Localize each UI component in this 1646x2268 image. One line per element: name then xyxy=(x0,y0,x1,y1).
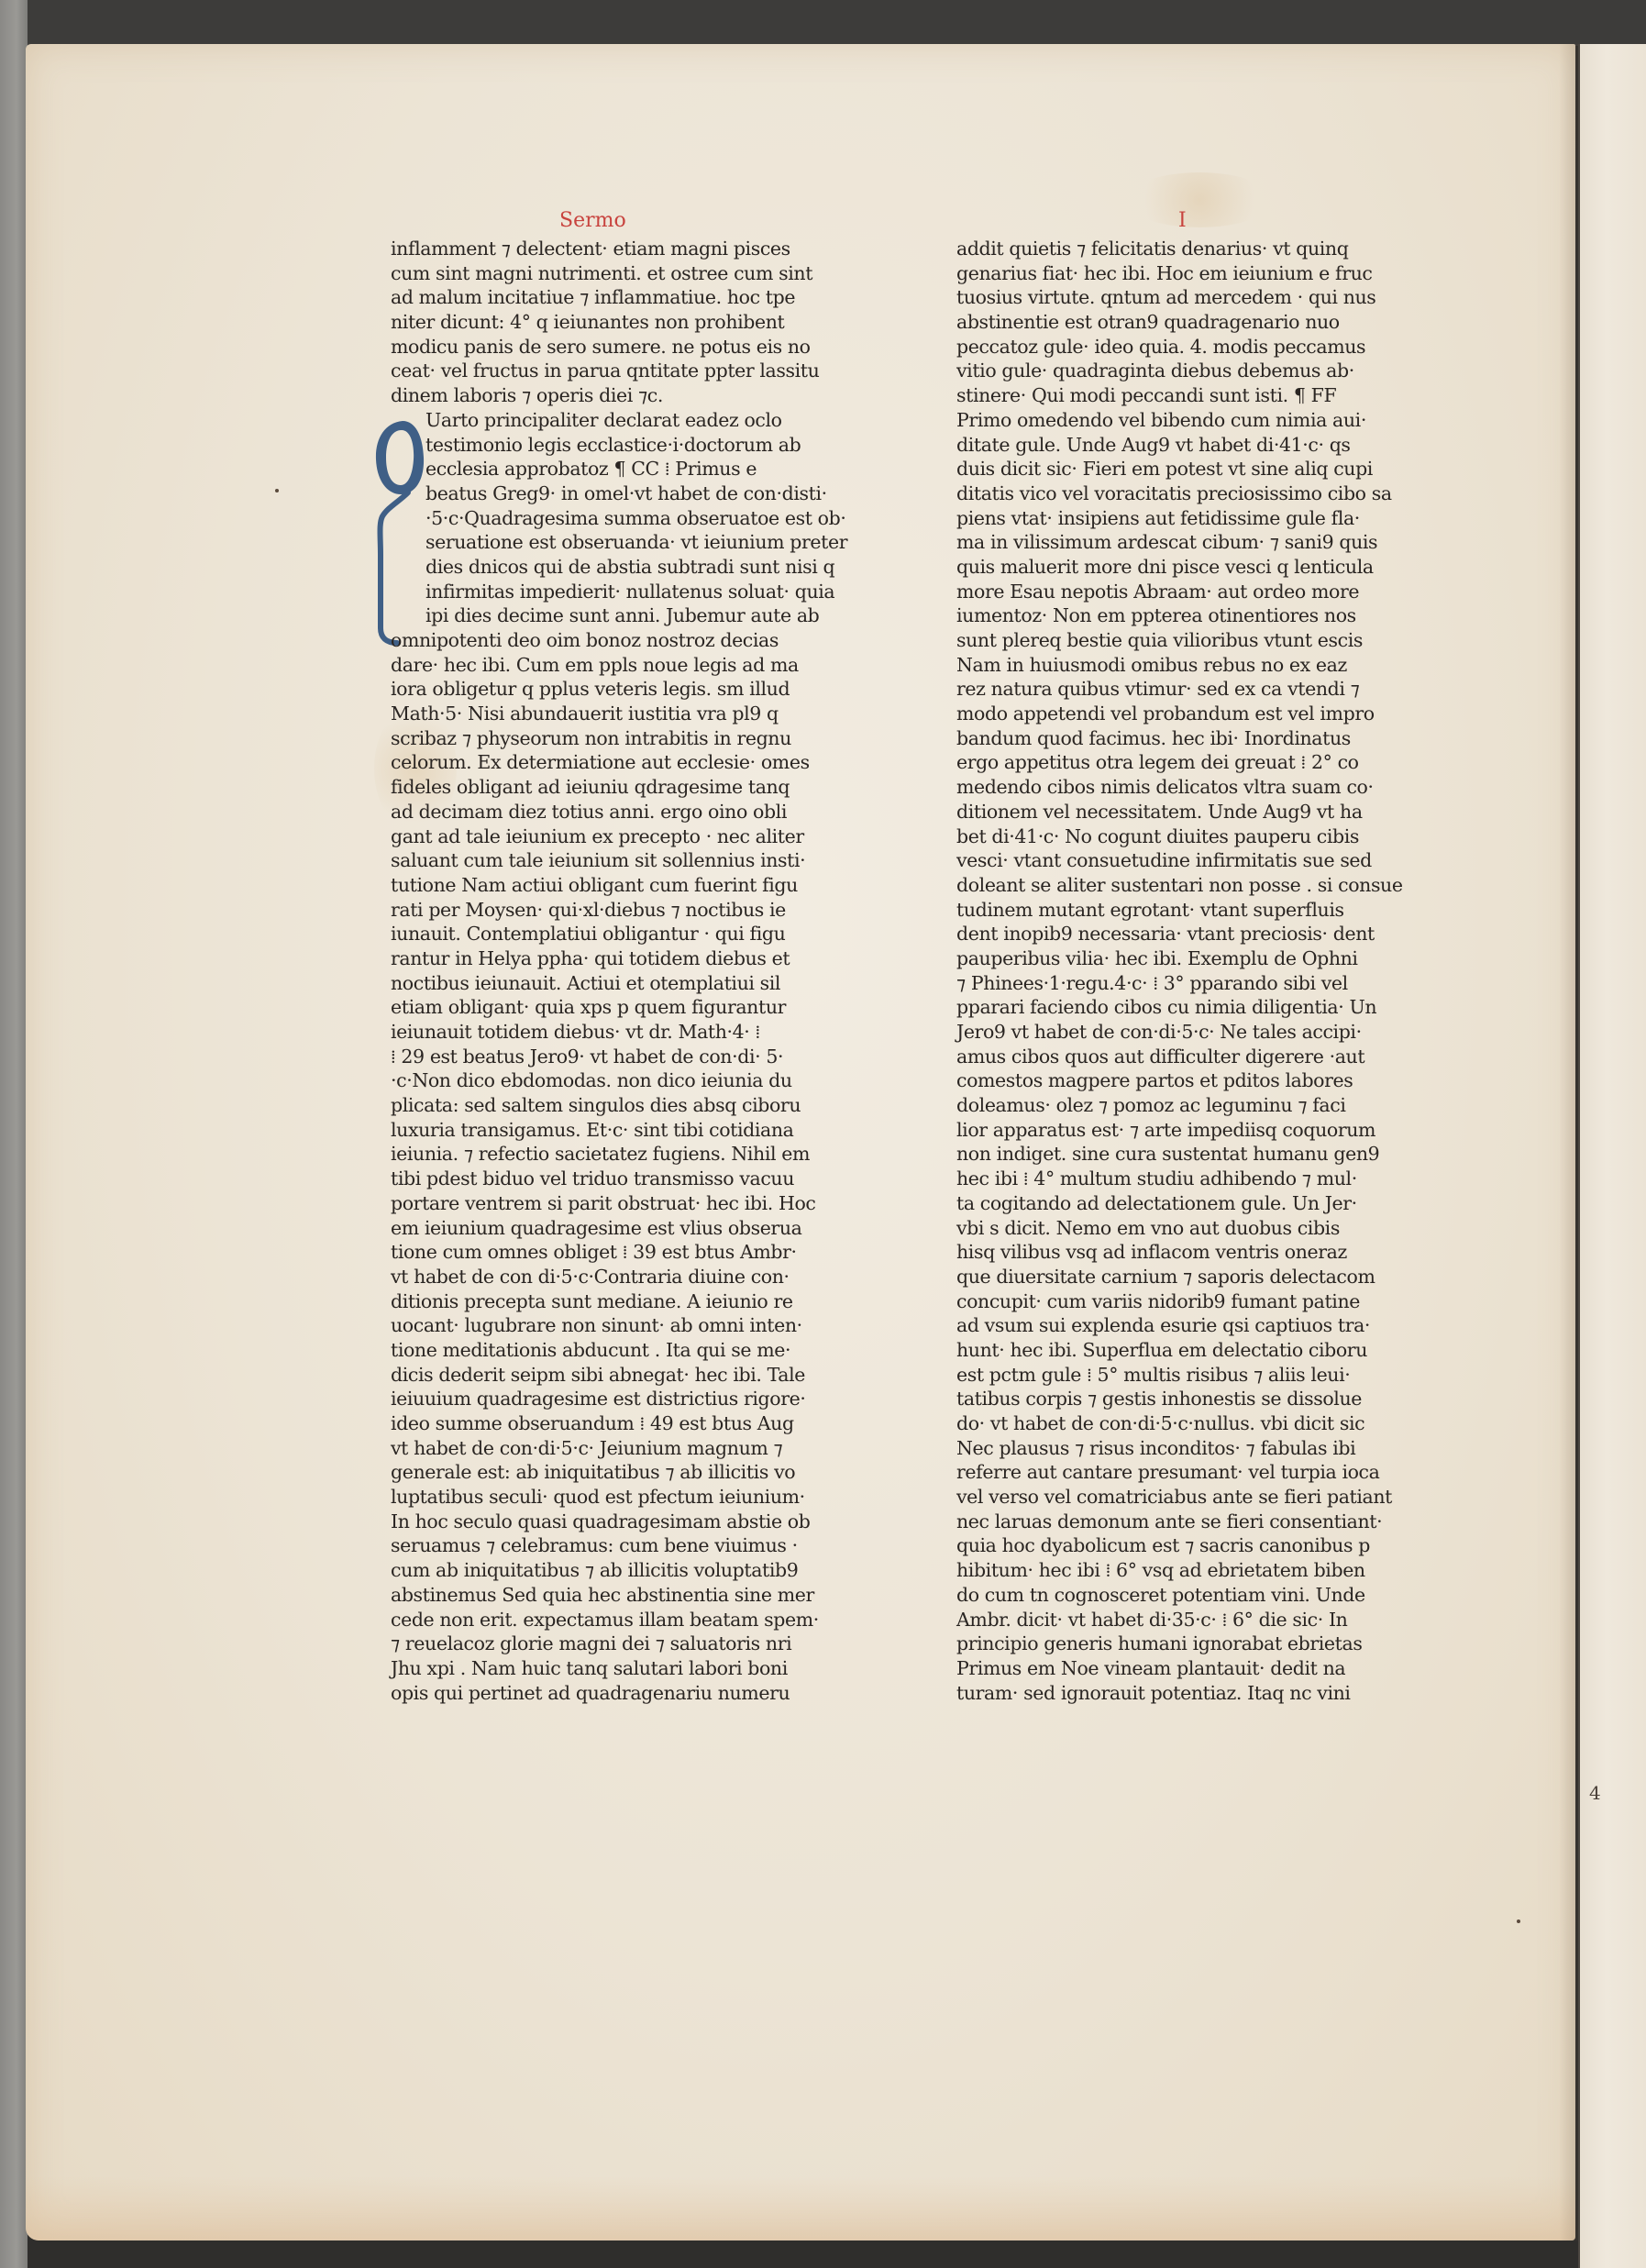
text-line: inflamment ⁊ delectent· etiam magni pisc… xyxy=(391,237,842,261)
text-line: lior apparatus est· ⁊ arte impediisq coq… xyxy=(956,1118,1398,1143)
text-line: ditionis precepta sunt mediane. A ieiuni… xyxy=(391,1289,842,1314)
text-line: ta cogitando ad delectationem gule. Un J… xyxy=(956,1191,1398,1216)
text-line: opis qui pertinet ad quadragenariu numer… xyxy=(391,1681,842,1706)
text-line: cede non erit. expectamus illam beatam s… xyxy=(391,1608,842,1632)
text-line: concupit· cum variis nidorib9 fumant pat… xyxy=(956,1289,1398,1314)
text-line: modo appetendi vel probandum est vel imp… xyxy=(956,702,1398,726)
text-line: stinere· Qui modi peccandi sunt isti. ¶ … xyxy=(956,383,1398,408)
text-line: do cum tn cognosceret potentiam vini. Un… xyxy=(956,1583,1398,1608)
text-line: nec laruas demonum ante se fieri consent… xyxy=(956,1510,1398,1534)
text-line: hec ibi ⁞ 4° multum studiu adhibendo ⁊ m… xyxy=(956,1167,1398,1191)
text-line: est pctm gule ⁞ 5° multis risibus ⁊ alii… xyxy=(956,1363,1398,1388)
text-line: vt habet de con di·5·c·Contraria diuine … xyxy=(391,1265,842,1289)
text-line: abstinemus Sed quia hec abstinentia sine… xyxy=(391,1583,842,1608)
text-line: tatibus corpis ⁊ gestis inhonestis se di… xyxy=(956,1387,1398,1411)
text-line: do· vt habet de con·di·5·c·nullus. vbi d… xyxy=(956,1411,1398,1436)
text-line: modicu panis de sero sumere. ne potus ei… xyxy=(391,335,842,360)
text-line: ⁊ Phinees·1·regu.4·c· ⁞ 3° pparando sibi… xyxy=(956,971,1398,996)
running-head-right: I xyxy=(1178,209,1187,232)
text-line: ⁊ reuelacoz glorie magni dei ⁊ saluatori… xyxy=(391,1632,842,1656)
text-line: rati per Moysen· qui·xl·diebus ⁊ noctibu… xyxy=(391,898,842,923)
text-line: bandum quod facimus. hec ibi· Inordinatu… xyxy=(956,726,1398,751)
text-line: In hoc seculo quasi quadragesimam abstie… xyxy=(391,1510,842,1534)
text-line: doleant se aliter sustentari non posse .… xyxy=(956,873,1398,898)
text-line: ma in vilissimum ardescat cibum· ⁊ sani9… xyxy=(956,530,1398,555)
text-line: testimonio legis ecclastice·i·doctorum a… xyxy=(391,433,842,458)
text-line: gant ad tale ieiunium ex precepto · nec … xyxy=(391,824,842,849)
gutter-shadow xyxy=(1559,44,1579,2240)
text-line: Primo omedendo vel bibendo cum nimia aui… xyxy=(956,408,1398,433)
text-line: ad vsum sui explenda esurie qsi captiuos… xyxy=(956,1313,1398,1338)
leaf-mark: 4 xyxy=(1589,1782,1601,1804)
text-line: vbi s dicit. Nemo em vno aut duobus cibi… xyxy=(956,1216,1398,1241)
text-line: saluant cum tale ieiunium sit sollennius… xyxy=(391,848,842,873)
text-line: celorum. Ex determiatione aut ecclesie· … xyxy=(391,750,842,775)
text-line: Nec plausus ⁊ risus inconditos· ⁊ fabula… xyxy=(956,1436,1398,1461)
text-line: beatus Greg9· in omel·vt habet de con·di… xyxy=(391,481,842,506)
text-line: tibi pdest biduo vel triduo transmisso v… xyxy=(391,1167,842,1191)
text-line: quia hoc dyabolicum est ⁊ sacris canonib… xyxy=(956,1533,1398,1558)
text-line: Jhu xpi . Nam huic tanq salutari labori … xyxy=(391,1656,842,1681)
text-line: ipi dies decime sunt anni. Jubemur aute … xyxy=(391,603,842,628)
text-line: comestos magpere partos et pditos labore… xyxy=(956,1068,1398,1093)
text-line: doleamus· olez ⁊ pomoz ac leguminu ⁊ fac… xyxy=(956,1093,1398,1118)
text-line: addit quietis ⁊ felicitatis denarius· vt… xyxy=(956,237,1398,261)
text-line: Ambr. dicit· vt habet di·35·c· ⁞ 6° die … xyxy=(956,1608,1398,1632)
text-line: bet di·41·c· No cogunt diuites pauperu c… xyxy=(956,824,1398,849)
text-line: vel verso vel comatriciabus ante se fier… xyxy=(956,1485,1398,1510)
text-line: turam· sed ignorauit potentiaz. Itaq nc … xyxy=(956,1681,1398,1706)
text-line: seruatione est obseruanda· vt ieiunium p… xyxy=(391,530,842,555)
text-line: cum sint magni nutrimenti. et ostree cum… xyxy=(391,261,842,286)
text-line: vt habet de con·di·5·c· Jeiunium magnum … xyxy=(391,1436,842,1461)
text-line: amus cibos quos aut difficulter digerere… xyxy=(956,1045,1398,1069)
text-line: ceat· vel fructus in parua qntitate ppte… xyxy=(391,359,842,383)
text-line: ieiunauit totidem diebus· vt dr. Math·4·… xyxy=(391,1020,842,1045)
text-line: portare ventrem si parit obstruat· hec i… xyxy=(391,1191,842,1216)
paper-speck xyxy=(275,489,279,492)
text-line: niter dicunt: 4° q ieiunantes non prohib… xyxy=(391,310,842,335)
text-line: plicata: sed saltem singulos dies absq c… xyxy=(391,1093,842,1118)
text-line: tudinem mutant egrotant· vtant superflui… xyxy=(956,898,1398,923)
text-line: generale est: ab iniquitatibus ⁊ ab illi… xyxy=(391,1460,842,1485)
text-line: vitio gule· quadraginta diebus debemus a… xyxy=(956,359,1398,383)
text-line: pparari faciendo cibos cu nimia diligent… xyxy=(956,995,1398,1020)
text-line: ieiuuium quadragesime est districtius ri… xyxy=(391,1387,842,1411)
text-column-right: addit quietis ⁊ felicitatis denarius· vt… xyxy=(956,237,1398,1705)
text-column-left: inflamment ⁊ delectent· etiam magni pisc… xyxy=(391,237,842,1705)
running-head-left-text: Sermo xyxy=(559,209,626,232)
text-line: genarius fiat· hec ibi. Hoc em ieiunium … xyxy=(956,261,1398,286)
text-line: piens vtat· insipiens aut fetidissime gu… xyxy=(956,506,1398,531)
text-line: tuosius virtute. qntum ad mercedem · qui… xyxy=(956,285,1398,310)
scan-backdrop-top xyxy=(0,0,1646,46)
text-line: Jero9 vt habet de con·di·5·c· Ne tales a… xyxy=(956,1020,1398,1045)
text-line: iumentoz· Non em ppterea otinentiores no… xyxy=(956,603,1398,628)
text-line: que diuersitate carnium ⁊ saporis delect… xyxy=(956,1265,1398,1289)
text-line: Nam in huiusmodi omibus rebus no ex eaz xyxy=(956,653,1398,678)
text-line: fideles obligant ad ieiuniu qdragesime t… xyxy=(391,775,842,800)
text-line: ditate gule. Unde Aug9 vt habet di·41·c·… xyxy=(956,433,1398,458)
text-line: dinem laboris ⁊ operis diei ⁊c. xyxy=(391,383,842,408)
text-line: hibitum· hec ibi ⁞ 6° vsq ad ebrietatem … xyxy=(956,1558,1398,1583)
text-line: ad malum incitatiue ⁊ inflammatiue. hoc … xyxy=(391,285,842,310)
text-line: dies dnicos qui de abstia subtradi sunt … xyxy=(391,555,842,580)
text-line: Primus em Noe vineam plantauit· dedit na xyxy=(956,1656,1398,1681)
text-line: Math·5· Nisi abundauerit iustitia vra pl… xyxy=(391,702,842,726)
text-line: ideo summe obseruandum ⁞ 49 est btus Aug xyxy=(391,1411,842,1436)
text-line: non indiget. sine cura sustentat humanu … xyxy=(956,1142,1398,1167)
text-line: tutione Nam actiui obligant cum fuerint … xyxy=(391,873,842,898)
text-line: medendo cibos nimis delicatos vltra suam… xyxy=(956,775,1398,800)
paper-speck xyxy=(1517,1920,1520,1923)
text-line: Uarto principaliter declarat eadez oclo xyxy=(391,408,842,433)
text-line: luxuria transigamus. Et·c· sint tibi cot… xyxy=(391,1118,842,1143)
text-line: ·5·c·Quadragesima summa obseruatoe est o… xyxy=(391,506,842,531)
text-line: quis maluerit more dni pisce vesci q len… xyxy=(956,555,1398,580)
text-line: pauperibus vilia· hec ibi. Exemplu de Op… xyxy=(956,946,1398,971)
text-line: seruamus ⁊ celebramus: cum bene viuimus … xyxy=(391,1533,842,1558)
text-line: peccatoz gule· ideo quia. 4. modis pecca… xyxy=(956,335,1398,360)
text-line: ⁞ 29 est beatus Jero9· vt habet de con·d… xyxy=(391,1045,842,1069)
text-line: sunt plereq bestie quia vilioribus vtunt… xyxy=(956,628,1398,653)
text-line: duis dicit sic· Fieri em potest vt sine … xyxy=(956,457,1398,481)
running-head-left: Sermo xyxy=(559,209,626,232)
text-line: hisq vilibus vsq ad inflacom ventris one… xyxy=(956,1240,1398,1265)
text-line: ditionem vel necessitatem. Unde Aug9 vt … xyxy=(956,800,1398,824)
text-line: cum ab iniquitatibus ⁊ ab illicitis volu… xyxy=(391,1558,842,1583)
text-line: dent inopib9 necessaria· vtant preciosis… xyxy=(956,922,1398,946)
text-line: etiam obligant· quia xps p quem figurant… xyxy=(391,995,842,1020)
text-line: em ieiunium quadragesime est vlius obser… xyxy=(391,1216,842,1241)
text-line: ad decimam diez totius anni. ergo oino o… xyxy=(391,800,842,824)
adjacent-leaf-edge: 4 xyxy=(1580,44,1646,2268)
text-line: uocant· lugubrare non sinunt· ab omni in… xyxy=(391,1313,842,1338)
scan-backdrop-left xyxy=(0,0,28,2268)
water-stain xyxy=(1126,172,1273,227)
text-line: ecclesia approbatoz ¶ CC ⁞ Primus e xyxy=(391,457,842,481)
text-line: ieiunia. ⁊ refectio sacietatez fugiens. … xyxy=(391,1142,842,1167)
text-line: iunauit. Contemplatiui obligantur · qui … xyxy=(391,922,842,946)
text-line: luptatibus seculi· quod est pfectum ieiu… xyxy=(391,1485,842,1510)
text-line: iora obligetur q pplus veteris legis. sm… xyxy=(391,677,842,702)
text-line: tione cum omnes obliget ⁞ 39 est btus Am… xyxy=(391,1240,842,1265)
running-head-right-text: I xyxy=(1178,209,1187,232)
text-line: vesci· vtant consuetudine infirmitatis s… xyxy=(956,848,1398,873)
text-line: referre aut cantare presumant· vel turpi… xyxy=(956,1460,1398,1485)
text-line: rantur in Helya ppha· qui totidem diebus… xyxy=(391,946,842,971)
text-line: dare· hec ibi. Cum em ppls noue legis ad… xyxy=(391,653,842,678)
text-line: ergo appetitus otra legem dei greuat ⁞ 2… xyxy=(956,750,1398,775)
text-line: ditatis vico vel voracitatis preciosissi… xyxy=(956,481,1398,506)
text-line: more Esau nepotis Abraam· aut ordeo more xyxy=(956,580,1398,604)
text-line: tione meditationis abducunt . Ita qui se… xyxy=(391,1338,842,1363)
text-line: ·c·Non dico ebdomodas. non dico ieiunia … xyxy=(391,1068,842,1093)
text-line: omnipotenti deo oim bonoz nostroz decias xyxy=(391,628,842,653)
text-line: abstinentie est otran9 quadragenario nuo xyxy=(956,310,1398,335)
text-line: noctibus ieiunauit. Actiui et otemplatiu… xyxy=(391,971,842,996)
text-line: scribaz ⁊ physeorum non intrabitis in re… xyxy=(391,726,842,751)
text-line: principio generis humani ignorabat ebrie… xyxy=(956,1632,1398,1656)
text-line: rez natura quibus vtimur· sed ex ca vten… xyxy=(956,677,1398,702)
text-line: hunt· hec ibi. Superflua em delectatio c… xyxy=(956,1338,1398,1363)
text-line: infirmitas impedierit· nullatenus soluat… xyxy=(391,580,842,604)
text-line: dicis dederit seipm sibi abnegat· hec ib… xyxy=(391,1363,842,1388)
